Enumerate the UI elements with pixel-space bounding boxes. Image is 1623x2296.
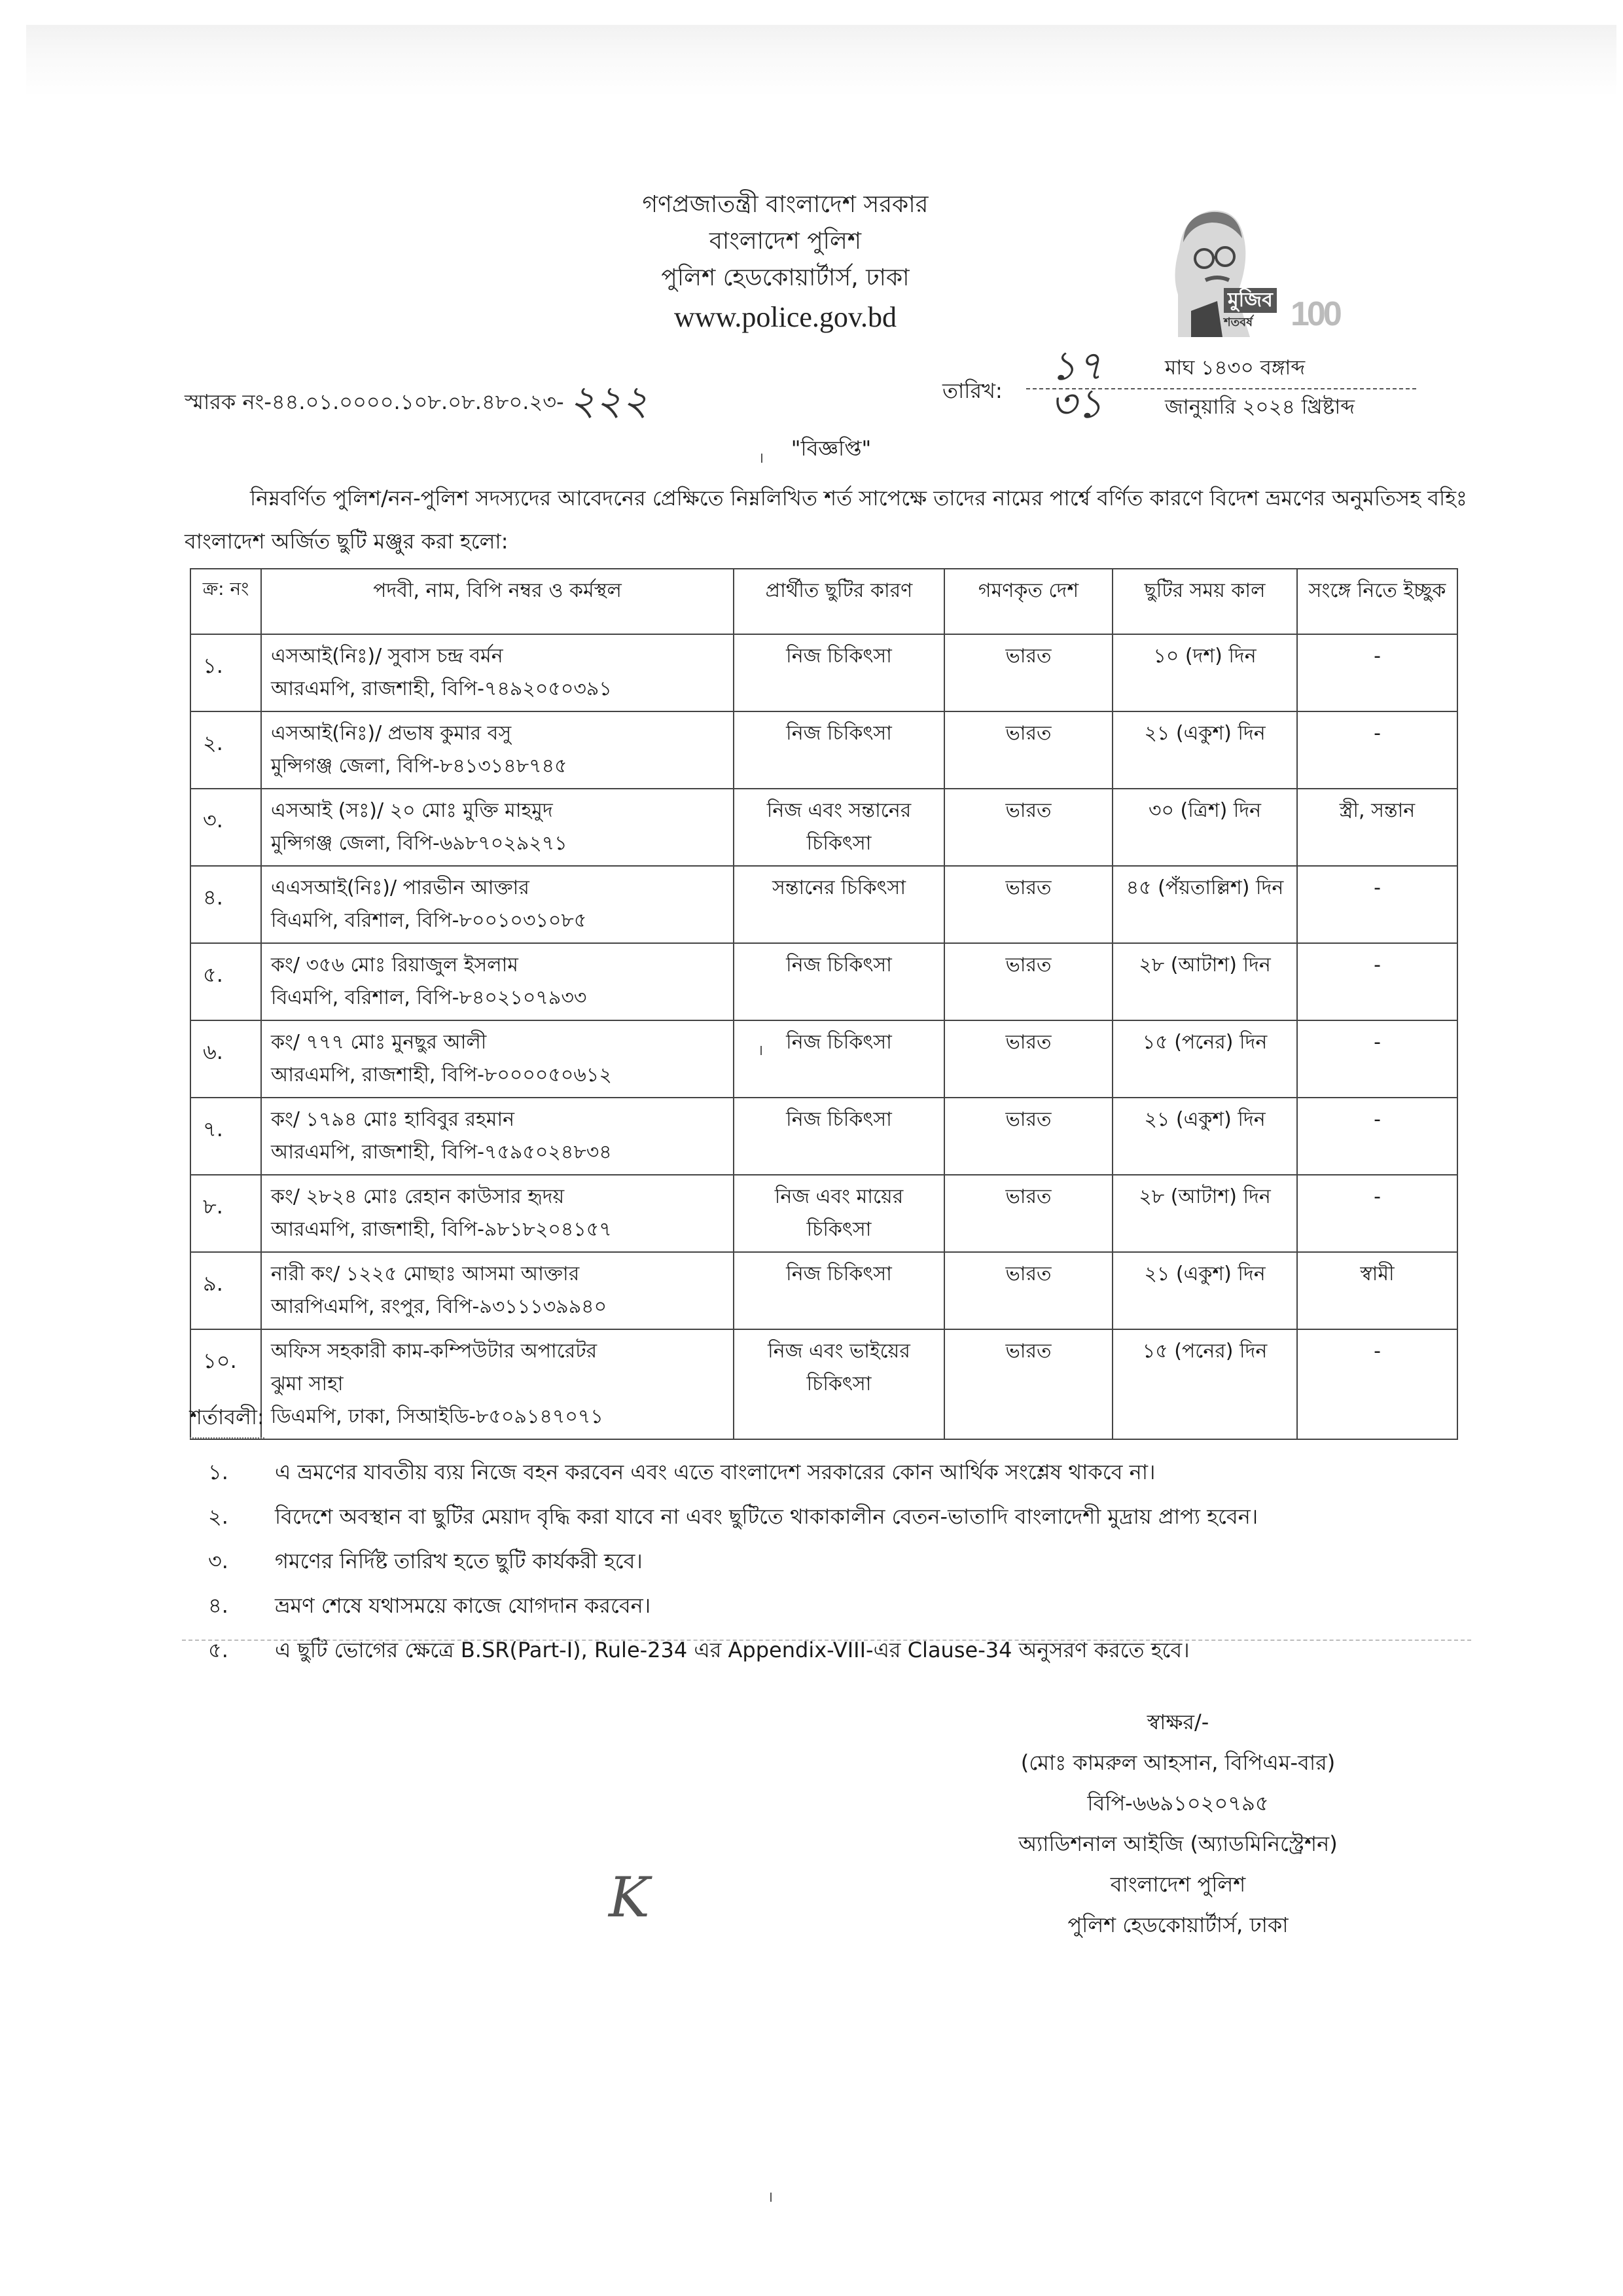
cell-country: ভারত	[944, 1329, 1113, 1439]
cell-country: ভারত	[944, 943, 1113, 1020]
table-row: ৪.এএসআই(নিঃ)/ পারভীন আক্তারবিএমপি, বরিশা…	[190, 866, 1457, 943]
designation-line2: বিএমপি, বরিশাল, বিপি-৮০০১০৩১০৮৫	[271, 905, 724, 937]
cell-country: ভারত	[944, 711, 1113, 789]
designation-line2: আরএমপি, রাজশাহী, বিপি-৯৮১৮২০৪১৫৭	[271, 1213, 724, 1246]
header-country: গমণকৃত দেশ	[944, 569, 1113, 634]
mujib-title: মুজিব	[1224, 288, 1277, 313]
cell-reason: নিজ চিকিৎসা	[734, 1252, 944, 1329]
department-name: বাংলাদেশ পুলিশ	[576, 223, 995, 260]
table-row: ১.এসআই(নিঃ)/ সুবাস চন্দ্র বর্মনআরএমপি, র…	[190, 634, 1457, 711]
designation-line1: এএসআই(নিঃ)/ পারভীন আক্তার	[271, 872, 724, 905]
cell-designation: এসআই (সঃ)/ ২০ মোঃ মুক্তি মাহমুদমুন্সিগঞ্…	[261, 789, 734, 866]
cell-serial: ৬.	[190, 1020, 261, 1098]
cell-duration: ২৮ (আটাশ) দিন	[1113, 1175, 1297, 1252]
condition-item: ৪.ভ্রমণ শেষে যথাসময়ে কাজে যোগদান করবেন।	[208, 1583, 1465, 1628]
cell-reason: নিজ চিকিৎসা	[734, 943, 944, 1020]
cell-designation: কং/ ৩৫৬ মোঃ রিয়াজুল ইসলামবিএমপি, বরিশাল…	[261, 943, 734, 1020]
cell-accompany: -	[1297, 1329, 1457, 1439]
cell-duration: ১৫ (পনের) দিন	[1113, 1329, 1297, 1439]
conditions-list: ১.এ ভ্রমণের যাবতীয় ব্যয় নিজে বহন করবেন…	[208, 1450, 1465, 1672]
cell-designation: এসআই(নিঃ)/ সুবাস চন্দ্র বর্মনআরএমপি, রাজ…	[261, 634, 734, 711]
cell-reason: সন্তানের চিকিৎসা	[734, 866, 944, 943]
cell-reason: নিজ এবং মায়ের চিকিৎসা	[734, 1175, 944, 1252]
cell-country: ভারত	[944, 866, 1113, 943]
mujib-centenary-logo-icon: মুজিব শতবর্ষ 100	[1152, 196, 1342, 337]
mujib-subtitle: শতবর্ষ	[1224, 313, 1253, 333]
designation-line1: এসআই(নিঃ)/ সুবাস চন্দ্র বর্মন	[271, 640, 724, 673]
condition-number: ১.	[208, 1450, 275, 1494]
condition-item: ১.এ ভ্রমণের যাবতীয় ব্যয় নিজে বহন করবেন…	[208, 1450, 1465, 1494]
header-reason: প্রার্থীত ছুটির কারণ	[734, 569, 944, 634]
designation-line1: কং/ ২৮২৪ মোঃ রেহান কাউসার হৃদয়	[271, 1181, 724, 1213]
condition-item: ৩.গমণের নির্দিষ্ট তারিখ হতে ছুটি কার্যকর…	[208, 1539, 1465, 1583]
cell-duration: ১০ (দশ) দিন	[1113, 634, 1297, 711]
cell-designation: এসআই(নিঃ)/ প্রভাষ কুমার বসুমুন্সিগঞ্জ জে…	[261, 711, 734, 789]
date-block: তারিখ: ১৭ ৩১ মাঘ ১৪৩০ বঙ্গাব্দ জানুয়ারি…	[942, 347, 1453, 425]
cell-accompany: -	[1297, 1098, 1457, 1175]
table-row: ১০.অফিস সহকারী কাম-কম্পিউটার অপারেটরঝুমা…	[190, 1329, 1457, 1439]
cell-serial: ৯.	[190, 1252, 261, 1329]
cell-country: ভারত	[944, 1020, 1113, 1098]
condition-text: গমণের নির্দিষ্ট তারিখ হতে ছুটি কার্যকরী …	[275, 1539, 643, 1583]
designation-line2: আরএমপি, রাজশাহী, বিপি-৮০০০০৫০৬১২	[271, 1059, 724, 1092]
cell-duration: ২১ (একুশ) দিন	[1113, 1252, 1297, 1329]
intro-paragraph: নিম্নবর্ণিত পুলিশ/নন-পুলিশ সদস্যদের আবেদ…	[185, 476, 1467, 563]
cell-reason: নিজ চিকিৎসা	[734, 711, 944, 789]
table-row: ৬.কং/ ৭৭৭ মোঃ মুনছুর আলীআরএমপি, রাজশাহী,…	[190, 1020, 1457, 1098]
signatory-bp-number: বিপি-৬৬৯১০২০৭৯৫	[955, 1783, 1400, 1823]
designation-line2: আরএমপি, রাজশাহী, বিপি-৭৪৯২০৫০৩৯১	[271, 673, 724, 706]
cell-accompany: -	[1297, 943, 1457, 1020]
condition-item: ৫.এ ছুটি ভোগের ক্ষেত্রে B.SR(Part-I), Ru…	[208, 1628, 1465, 1672]
designation-line1: নারী কং/ ১২২৫ মোছাঃ আসমা আক্তার	[271, 1258, 724, 1291]
designation-line2: আরএমপি, রাজশাহী, বিপি-৭৫৯৫০২৪৮৩৪	[271, 1136, 724, 1169]
cell-country: ভারত	[944, 1252, 1113, 1329]
cell-duration: ২৮ (আটাশ) দিন	[1113, 943, 1297, 1020]
table-body: ১.এসআই(নিঃ)/ সুবাস চন্দ্র বর্মনআরএমপি, র…	[190, 634, 1457, 1439]
condition-number: ২.	[208, 1494, 275, 1539]
cell-duration: ২১ (একুশ) দিন	[1113, 711, 1297, 789]
gregorian-date: জানুয়ারি ২০২৪ খ্রিষ্টাব্দ	[1165, 391, 1355, 425]
cell-duration: ১৫ (পনের) দিন	[1113, 1020, 1297, 1098]
designation-line1: কং/ ৩৫৬ মোঃ রিয়াজুল ইসলাম	[271, 949, 724, 982]
cell-accompany: -	[1297, 1020, 1457, 1098]
cell-duration: ২১ (একুশ) দিন	[1113, 1098, 1297, 1175]
cell-serial: ১.	[190, 634, 261, 711]
condition-text: এ ছুটি ভোগের ক্ষেত্রে B.SR(Part-I), Rule…	[275, 1628, 1190, 1672]
condition-number: ৪.	[208, 1583, 275, 1628]
cell-designation: এএসআই(নিঃ)/ পারভীন আক্তারবিএমপি, বরিশাল,…	[261, 866, 734, 943]
cell-country: ভারত	[944, 1098, 1113, 1175]
table-row: ৭.কং/ ১৭৯৪ মোঃ হাবিবুর রহমানআরএমপি, রাজশ…	[190, 1098, 1457, 1175]
letterhead: গণপ্রজাতন্ত্রী বাংলাদেশ সরকার বাংলাদেশ প…	[576, 187, 995, 337]
condition-item: ২.বিদেশে অবস্থান বা ছুটির মেয়াদ বৃদ্ধি …	[208, 1494, 1465, 1539]
condition-number: ৩.	[208, 1539, 275, 1583]
condition-text: এ ভ্রমণের যাবতীয় ব্যয় নিজে বহন করবেন এ…	[275, 1450, 1155, 1494]
cell-serial: ৮.	[190, 1175, 261, 1252]
cell-accompany: স্ত্রী, সন্তান	[1297, 789, 1457, 866]
signature-block: স্বাক্ষর/- (মোঃ কামরুল আহসান, বিপিএম-বার…	[955, 1702, 1400, 1945]
designation-line2: মুন্সিগঞ্জ জেলা, বিপি-৬৯৮৭০২৯২৭১	[271, 827, 724, 860]
handwritten-initial: K	[609, 1865, 650, 1929]
designation-line1: কং/ ৭৭৭ মোঃ মুনছুর আলী	[271, 1026, 724, 1059]
header-duration: ছুটির সময় কাল	[1113, 569, 1297, 634]
cell-accompany: -	[1297, 711, 1457, 789]
cell-designation: কং/ ২৮২৪ মোঃ রেহান কাউসার হৃদয়আরএমপি, র…	[261, 1175, 734, 1252]
designation-line3: ডিএমপি, ঢাকা, সিআইডি-৮৫০৯১৪৭০৭১	[271, 1401, 724, 1433]
table-row: ৩.এসআই (সঃ)/ ২০ মোঃ মুক্তি মাহমুদমুন্সিগ…	[190, 789, 1457, 866]
condition-number: ৫.	[208, 1628, 275, 1672]
header-accompany: সংঙ্গে নিতে ইচ্ছুক	[1297, 569, 1457, 634]
condition-text: বিদেশে অবস্থান বা ছুটির মেয়াদ বৃদ্ধি কর…	[275, 1494, 1258, 1539]
cell-serial: ৪.	[190, 866, 261, 943]
signatory-designation: অ্যাডিশনাল আইজি (অ্যাডমিনিস্ট্রেশন)	[955, 1823, 1400, 1864]
cell-accompany: -	[1297, 634, 1457, 711]
website-link[interactable]: www.police.gov.bd	[576, 298, 995, 337]
centenary-number: 100	[1291, 295, 1340, 334]
cell-reason: নিজ এবং ভাইয়ের চিকিৎসা	[734, 1329, 944, 1439]
date-label: তারিখ:	[942, 374, 1003, 410]
leave-table: ক্র: নং পদবী, নাম, বিপি নম্বর ও কর্মস্থল…	[190, 568, 1458, 1440]
condition-text: ভ্রমণ শেষে যথাসময়ে কাজে যোগদান করবেন।	[275, 1583, 651, 1628]
signatory-name: (মোঃ কামরুল আহসান, বিপিএম-বার)	[955, 1742, 1400, 1783]
memo-handwritten-number: ২২২	[569, 376, 649, 424]
memo-label: স্মারক নং-৪৪.০১.০০০০.১০৮.০৮.৪৮০.২৩-	[185, 389, 564, 414]
designation-line1: এসআই(নিঃ)/ প্রভাষ কুমার বসু	[271, 717, 724, 750]
header-serial: ক্র: নং	[190, 569, 261, 634]
signatory-office: পুলিশ হেডকোয়ার্টার্স, ঢাকা	[955, 1905, 1400, 1945]
table-row: ২.এসআই(নিঃ)/ প্রভাষ কুমার বসুমুন্সিগঞ্জ …	[190, 711, 1457, 789]
notice-title: "বিজ্ঞপ্তি"	[0, 432, 1623, 467]
table-row: ৯.নারী কং/ ১২২৫ মোছাঃ আসমা আক্তারআরপিএমপ…	[190, 1252, 1457, 1329]
government-name: গণপ্রজাতন্ত্রী বাংলাদেশ সরকার	[576, 187, 995, 223]
cell-duration: ৩০ (ত্রিশ) দিন	[1113, 789, 1297, 866]
scan-speck	[760, 1046, 762, 1055]
designation-line2: মুন্সিগঞ্জ জেলা, বিপি-৮৪১৩১৪৮৭৪৫	[271, 750, 724, 783]
cell-designation: অফিস সহকারী কাম-কম্পিউটার অপারেটরঝুমা সা…	[261, 1329, 734, 1439]
designation-line2: ঝুমা সাহা	[271, 1368, 724, 1401]
designation-line2: বিএমপি, বরিশাল, বিপি-৮৪০২১০৭৯৩৩	[271, 982, 724, 1014]
cell-country: ভারত	[944, 1175, 1113, 1252]
cell-designation: নারী কং/ ১২২৫ মোছাঃ আসমা আক্তারআরপিএমপি,…	[261, 1252, 734, 1329]
scan-edge-shadow	[26, 25, 1616, 97]
cell-serial: ৩.	[190, 789, 261, 866]
header-designation: পদবী, নাম, বিপি নম্বর ও কর্মস্থল	[261, 569, 734, 634]
memo-number: স্মারক নং-৪৪.০১.০০০০.১০৮.০৮.৪৮০.২৩-২২২	[185, 370, 649, 437]
designation-line2: আরপিএমপি, রংপুর, বিপি-৯৩১১১৩৯৯৪০	[271, 1291, 724, 1323]
table-row: ৫.কং/ ৩৫৬ মোঃ রিয়াজুল ইসলামবিএমপি, বরিশ…	[190, 943, 1457, 1020]
cell-serial: ৭.	[190, 1098, 261, 1175]
cell-reason: নিজ চিকিৎসা	[734, 1020, 944, 1098]
designation-line1: অফিস সহকারী কাম-কম্পিউটার অপারেটর	[271, 1335, 724, 1368]
cell-country: ভারত	[944, 789, 1113, 866]
cell-designation: কং/ ১৭৯৪ মোঃ হাবিবুর রহমানআরএমপি, রাজশাহ…	[261, 1098, 734, 1175]
conditions-title: শর্তাবলী:	[190, 1401, 264, 1439]
table-header-row: ক্র: নং পদবী, নাম, বিপি নম্বর ও কর্মস্থল…	[190, 569, 1457, 634]
signed-mark: স্বাক্ষর/-	[955, 1702, 1400, 1742]
date-divider	[1026, 388, 1416, 389]
cell-designation: কং/ ৭৭৭ মোঃ মুনছুর আলীআরএমপি, রাজশাহী, ব…	[261, 1020, 734, 1098]
scan-speck	[770, 2193, 772, 2202]
cell-country: ভারত	[944, 634, 1113, 711]
cell-accompany: স্বামী	[1297, 1252, 1457, 1329]
cell-duration: ৪৫ (পঁয়তাল্লিশ) দিন	[1113, 866, 1297, 943]
office-name: পুলিশ হেডকোয়ার্টার্স, ঢাকা	[576, 260, 995, 296]
cell-accompany: -	[1297, 866, 1457, 943]
designation-line1: কং/ ১৭৯৪ মোঃ হাবিবুর রহমান	[271, 1103, 724, 1136]
table-row: ৮.কং/ ২৮২৪ মোঃ রেহান কাউসার হৃদয়আরএমপি,…	[190, 1175, 1457, 1252]
scan-speck	[761, 454, 762, 463]
bengali-date: মাঘ ১৪৩০ বঙ্গাব্দ	[1165, 352, 1305, 386]
cell-serial: ৫.	[190, 943, 261, 1020]
cell-accompany: -	[1297, 1175, 1457, 1252]
cell-serial: ২.	[190, 711, 261, 789]
cell-reason: নিজ চিকিৎসা	[734, 634, 944, 711]
cell-reason: নিজ চিকিৎসা	[734, 1098, 944, 1175]
signatory-organization: বাংলাদেশ পুলিশ	[955, 1864, 1400, 1905]
date-handwritten-day: ১৭ ৩১	[1044, 347, 1109, 423]
cell-reason: নিজ এবং সন্তানের চিকিৎসা	[734, 789, 944, 866]
designation-line1: এসআই (সঃ)/ ২০ মোঃ মুক্তি মাহমুদ	[271, 795, 724, 827]
gregorian-day: ৩১	[1044, 385, 1109, 423]
